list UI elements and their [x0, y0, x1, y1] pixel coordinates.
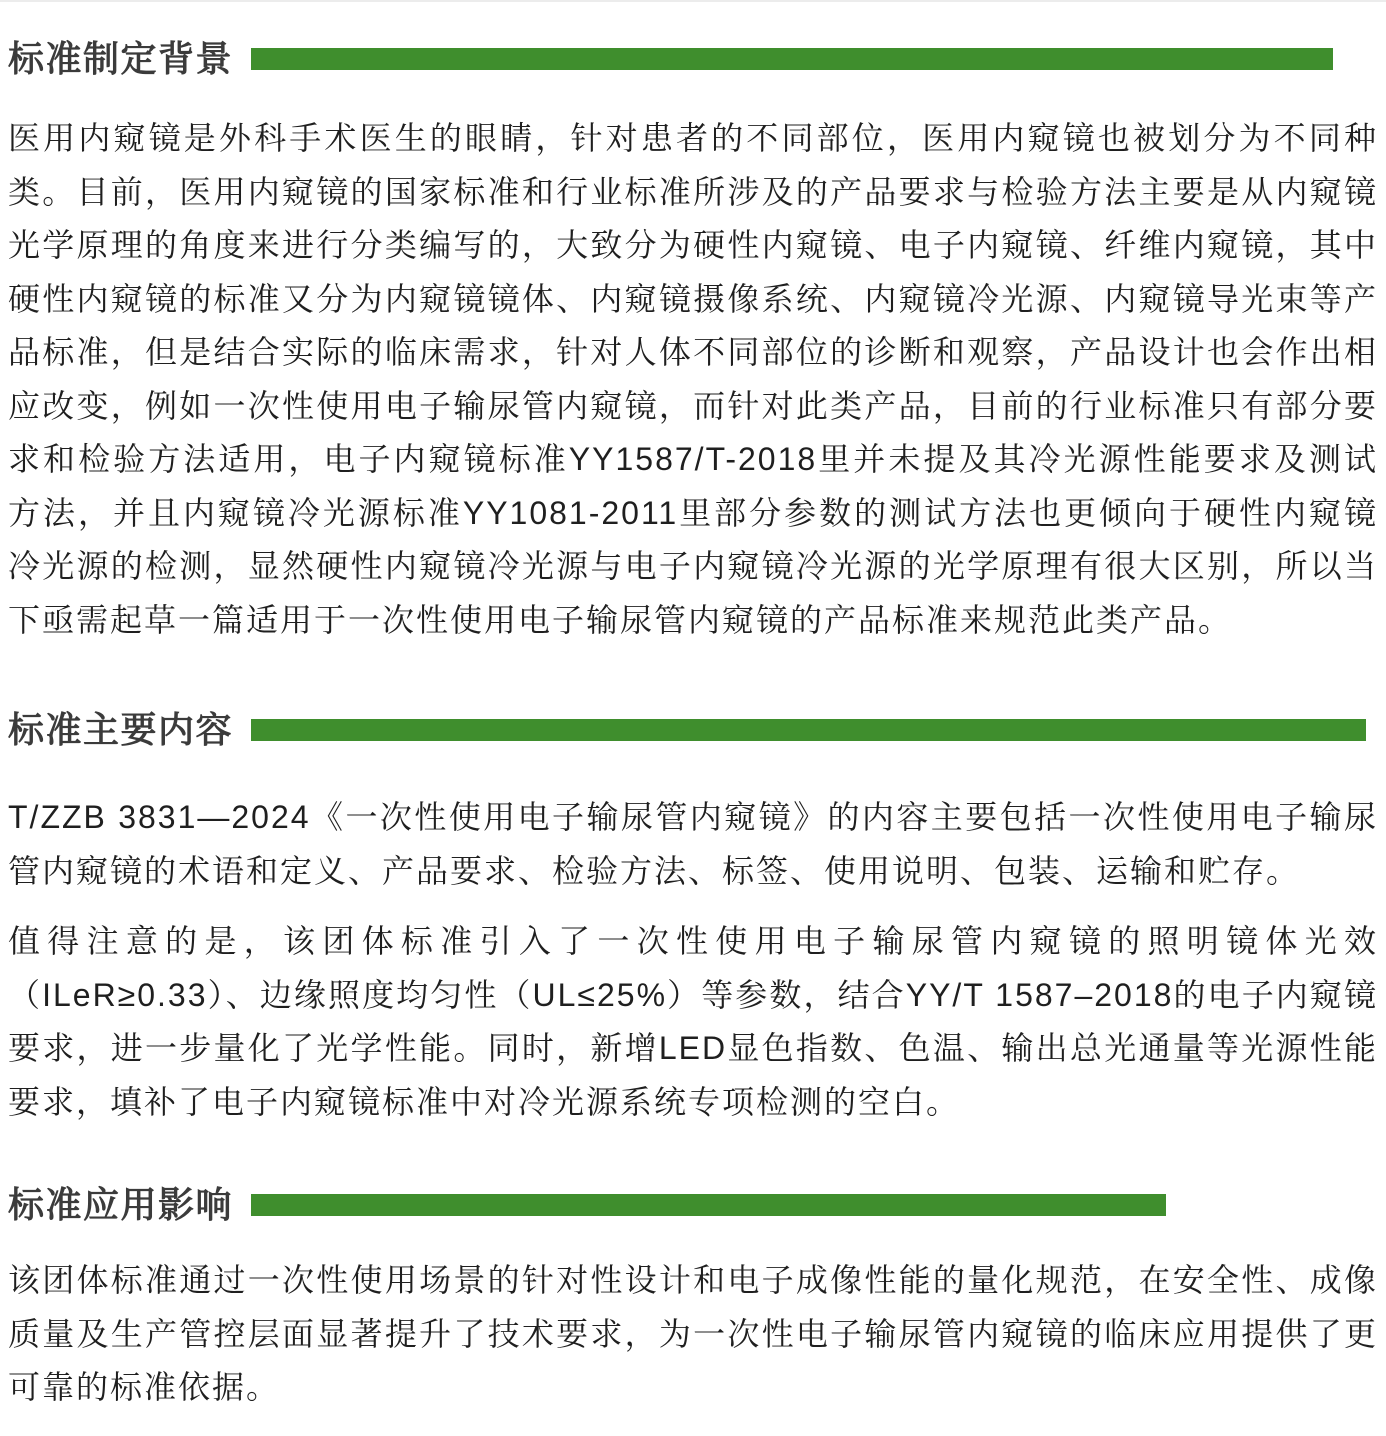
section-standard-main-content: 标准主要内容 T/ZZB 3831—2024《一次性使用电子输尿管内窥镜》的内容…: [8, 709, 1378, 1129]
paragraph: 医用内窥镜是外科手术医生的眼睛，针对患者的不同部位，医用内窥镜也被划分为不同种类…: [8, 112, 1378, 647]
green-title-bar: [251, 1194, 1166, 1216]
section-title: 标准应用影响: [8, 1184, 233, 1226]
section-standard-application-impact: 标准应用影响 该团体标准通过一次性使用场景的针对性设计和电子成像性能的量化规范，…: [8, 1184, 1378, 1415]
section-title: 标准主要内容: [8, 709, 233, 751]
green-title-bar: [251, 719, 1366, 741]
section-standard-background: 标准制定背景 医用内窥镜是外科手术医生的眼睛，针对患者的不同部位，医用内窥镜也被…: [8, 38, 1378, 647]
paragraph: 值得注意的是，该团体标准引入了一次性使用电子输尿管内窥镜的照明镜体光效（ILeR…: [8, 915, 1378, 1129]
green-title-bar: [251, 48, 1333, 70]
article-body: 标准制定背景 医用内窥镜是外科手术医生的眼睛，针对患者的不同部位，医用内窥镜也被…: [0, 38, 1386, 1415]
section-header: 标准应用影响: [8, 1184, 1378, 1226]
section-header: 标准制定背景: [8, 38, 1378, 80]
section-title: 标准制定背景: [8, 38, 233, 80]
section-header: 标准主要内容: [8, 709, 1378, 751]
paragraph: 该团体标准通过一次性使用场景的针对性设计和电子成像性能的量化规范，在安全性、成像…: [8, 1254, 1378, 1415]
paragraph: T/ZZB 3831—2024《一次性使用电子输尿管内窥镜》的内容主要包括一次性…: [8, 791, 1378, 898]
